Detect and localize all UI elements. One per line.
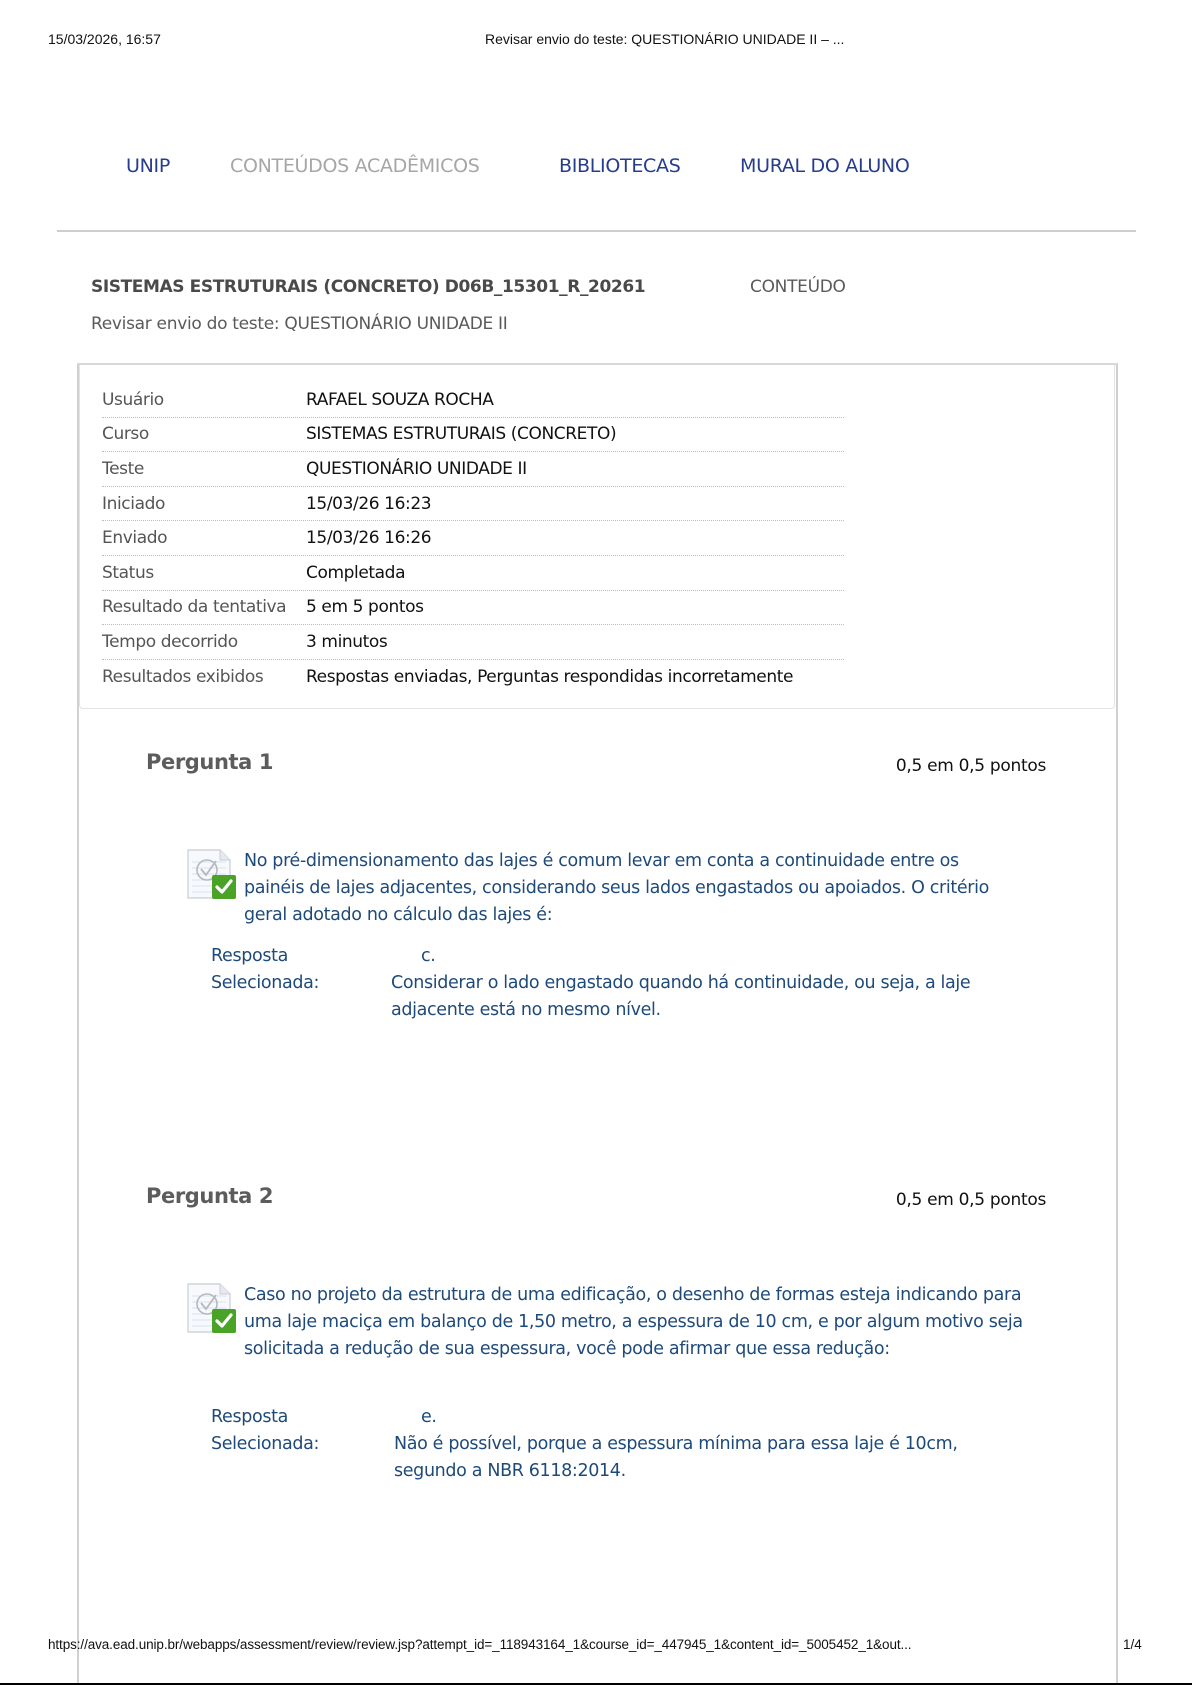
question-text: No pré-dimensionamento das lajes é comum… [244, 848, 1024, 929]
question-header: Pergunta 2 0,5 em 0,5 pontos [146, 1184, 1046, 1224]
summary-value: Completada [306, 563, 405, 583]
summary-row-usuario: Usuário RAFAEL SOUZA ROCHA [102, 383, 844, 418]
summary-label: Status [102, 563, 306, 583]
summary-value: 5 em 5 pontos [306, 597, 424, 617]
summary-row-resultado: Resultado da tentativa 5 em 5 pontos [102, 591, 844, 626]
answer-label: RespostaSelecionada: [211, 1404, 371, 1458]
question-title: Pergunta 2 [146, 1184, 273, 1208]
question-1: Pergunta 1 0,5 em 0,5 pontos No pré-dime… [146, 750, 1046, 1030]
question-2: Pergunta 2 0,5 em 0,5 pontos Caso no pro… [146, 1184, 1046, 1504]
content-breadcrumb-link[interactable]: CONTEÚDO [750, 277, 846, 297]
answer-text: Considerar o lado engastado quando há co… [391, 970, 991, 1024]
nav-divider [57, 230, 1136, 232]
summary-label: Tempo decorrido [102, 632, 306, 652]
summary-label: Resultado da tentativa [102, 597, 306, 617]
summary-label: Enviado [102, 528, 306, 548]
print-footer-url: https://ava.ead.unip.br/webapps/assessme… [48, 1637, 911, 1652]
summary-label: Curso [102, 424, 306, 444]
answer-text: Não é possível, porque a espessura mínim… [394, 1431, 994, 1485]
nav-item-conteudos-academicos[interactable]: CONTEÚDOS ACADÊMICOS [230, 155, 479, 177]
course-title-link[interactable]: SISTEMAS ESTRUTURAIS (CONCRETO) D06B_153… [91, 277, 645, 297]
correct-answer-icon [186, 1282, 238, 1334]
page-title: Revisar envio do teste: QUESTIONÁRIO UNI… [91, 314, 507, 334]
summary-value: Respostas enviadas, Perguntas respondida… [306, 667, 793, 687]
nav-item-bibliotecas[interactable]: BIBLIOTECAS [559, 155, 680, 177]
print-datetime: 15/03/2026, 16:57 [48, 31, 161, 47]
summary-label: Iniciado [102, 494, 306, 514]
answer-letter: c. [421, 943, 435, 970]
question-points: 0,5 em 0,5 pontos [896, 1190, 1046, 1210]
answer-letter: e. [421, 1404, 437, 1431]
summary-row-enviado: Enviado 15/03/26 16:26 [102, 521, 844, 556]
nav-item-unip[interactable]: UNIP [126, 155, 170, 177]
question-title: Pergunta 1 [146, 750, 273, 774]
summary-row-teste: Teste QUESTIONÁRIO UNIDADE II [102, 452, 844, 487]
summary-label: Resultados exibidos [102, 667, 306, 687]
summary-label: Teste [102, 459, 306, 479]
summary-value: 15/03/26 16:26 [306, 528, 431, 548]
summary-value: SISTEMAS ESTRUTURAIS (CONCRETO) [306, 424, 616, 444]
answer-label: RespostaSelecionada: [211, 943, 371, 997]
question-text: Caso no projeto da estrutura de uma edif… [244, 1282, 1024, 1363]
print-page-title: Revisar envio do teste: QUESTIONÁRIO UNI… [485, 31, 844, 47]
summary-value: QUESTIONÁRIO UNIDADE II [306, 459, 527, 479]
attempt-summary-table: Usuário RAFAEL SOUZA ROCHA Curso SISTEMA… [102, 383, 844, 694]
summary-row-iniciado: Iniciado 15/03/26 16:23 [102, 487, 844, 522]
summary-value: 3 minutos [306, 632, 387, 652]
question-points: 0,5 em 0,5 pontos [896, 756, 1046, 776]
summary-row-resultados-exibidos: Resultados exibidos Respostas enviadas, … [102, 660, 844, 695]
summary-value: RAFAEL SOUZA ROCHA [306, 390, 494, 410]
correct-answer-icon [186, 848, 238, 900]
summary-label: Usuário [102, 390, 306, 410]
summary-value: 15/03/26 16:23 [306, 494, 431, 514]
nav-item-mural-do-aluno[interactable]: MURAL DO ALUNO [740, 155, 910, 177]
question-header: Pergunta 1 0,5 em 0,5 pontos [146, 750, 1046, 790]
print-page-number: 1/4 [1123, 1637, 1142, 1652]
summary-row-status: Status Completada [102, 556, 844, 591]
summary-row-curso: Curso SISTEMAS ESTRUTURAIS (CONCRETO) [102, 418, 844, 453]
summary-row-tempo: Tempo decorrido 3 minutos [102, 625, 844, 660]
